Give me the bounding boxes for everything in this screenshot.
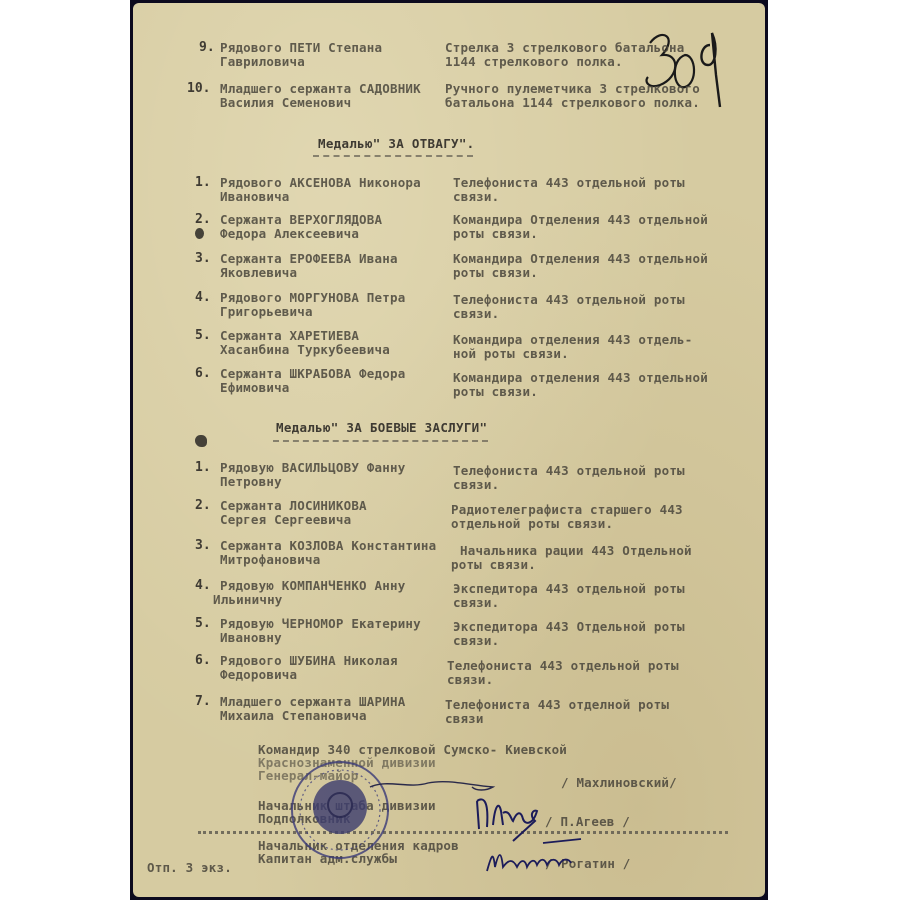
entry-name-line: Младшего сержанта ШАРИНА xyxy=(220,695,405,709)
entry-name-line: Хасанбина Туркубеевича xyxy=(220,343,390,357)
ink-blot xyxy=(195,228,204,239)
entry-name-line: Сержанта ЕРОФЕЕВА Ивана xyxy=(220,252,398,266)
personnel-name-slash: / xyxy=(545,857,553,871)
personnel-name: Рогатин / xyxy=(561,857,631,871)
entry-position-line: Командира отделения 443 отдель- xyxy=(453,333,693,347)
entry-position-line: связи. xyxy=(453,596,499,610)
entry-position-line: Командира отделения 443 отдельной xyxy=(453,371,708,385)
entry-position-line: Начальника рации 443 Отдельной xyxy=(460,544,692,558)
entry-number: 2. xyxy=(195,213,211,227)
entry-position-line: роты связи. xyxy=(453,385,538,399)
entry-name-line: Григорьевича xyxy=(220,305,313,319)
entry-number: 4. xyxy=(195,291,211,305)
entry-position-line: связи. xyxy=(453,307,499,321)
entry-number: 3. xyxy=(195,252,211,266)
entry-position-line: связи xyxy=(445,712,484,726)
entry-name-line: Гавриловича xyxy=(220,55,305,69)
entry-name-line: Рядовую КОМПАНЧЕНКО Анну xyxy=(220,579,405,593)
entry-position-line: батальона 1144 стрелкового полка. xyxy=(445,96,700,110)
entry-name-line: Сержанта ШКРАБОВА Федора xyxy=(220,367,405,381)
entry-name-line: Рядового АКСЕНОВА Никонора xyxy=(220,176,421,190)
entry-position-line: Телефониста 443 отдельной роты xyxy=(453,464,685,478)
entry-position-line: Радиотелеграфиста старшего 443 xyxy=(451,503,683,517)
entry-position-line: Командира Отделения 443 отдельной xyxy=(453,213,708,227)
entry-name-line: Рядового МОРГУНОВА Петра xyxy=(220,291,405,305)
entry-position-line: Стрелка 3 стрелкового батальона xyxy=(445,41,685,55)
entry-position-line: 1144 стрелкового полка. xyxy=(445,55,623,69)
entry-number: 4. xyxy=(195,579,211,593)
commander-title-line: Генерал-майор xyxy=(258,769,358,783)
entry-name-line: Василия Семенович xyxy=(220,96,351,110)
personnel-title-line: Капитан адм.службы xyxy=(258,852,397,866)
entry-name-line: Ильиничну xyxy=(213,593,283,607)
entry-name-line: Рядовую ЧЕРНОМОР Екатерину xyxy=(220,617,421,631)
dotted-separator xyxy=(198,831,728,834)
entry-name-line: Сержанта КОЗЛОВА Константина xyxy=(220,539,436,553)
entry-name-line: Сержанта ВЕРХОГЛЯДОВА xyxy=(220,213,382,227)
entry-position-line: Ручного пулеметчика 3 стрелкового xyxy=(445,82,700,96)
commander-signature xyxy=(368,775,498,795)
entry-name-line: Младшего сержанта САДОВНИК xyxy=(220,82,421,96)
chief-of-staff-name: / П.Агеев / xyxy=(545,815,630,829)
commander-name: / Махлиновский/ xyxy=(561,776,677,790)
entry-name-line: Рядового ШУБИНА Николая xyxy=(220,654,398,668)
copies-note: Отп. 3 экз. xyxy=(147,861,232,875)
heading-underline xyxy=(313,155,473,157)
entry-position-line: Телефониста 443 отдельной роты xyxy=(453,293,685,307)
entry-number: 10. xyxy=(187,82,210,96)
entry-position-line: роты связи. xyxy=(453,227,538,241)
entry-number: 9. xyxy=(199,41,215,55)
entry-position-line: ной роты связи. xyxy=(453,347,569,361)
entry-name-line: Сержанта ХАРЕТИЕВА xyxy=(220,329,359,343)
entry-position-line: роты связи. xyxy=(453,266,538,280)
entry-name-line: Рядового ПЕТИ Степана xyxy=(220,41,382,55)
entry-position-line: Телефониста 443 отдельной роты xyxy=(447,659,679,673)
entry-number: 7. xyxy=(195,695,211,709)
entry-name-line: Сержанта ЛОСИНИКОВА xyxy=(220,499,367,513)
entry-name-line: Ефимовича xyxy=(220,381,290,395)
entry-name-line: Петровну xyxy=(220,475,282,489)
entry-name-line: Ивановну xyxy=(220,631,282,645)
entry-position-line: Командира Отделения 443 отдельной xyxy=(453,252,708,266)
entry-number: 6. xyxy=(195,367,211,381)
entry-position-line: отдельной роты связи. xyxy=(451,517,613,531)
entry-number: 6. xyxy=(195,654,211,668)
entry-number: 3. xyxy=(195,539,211,553)
entry-name-line: Яковлевича xyxy=(220,266,297,280)
entry-position-line: связи. xyxy=(453,190,499,204)
entry-position-line: связи. xyxy=(453,634,499,648)
entry-name-line: Рядовую ВАСИЛЬЦОВУ Фанну xyxy=(220,461,405,475)
entry-position-line: связи. xyxy=(447,673,493,687)
entry-position-line: роты связи. xyxy=(451,558,536,572)
chief-of-staff-signature xyxy=(473,791,553,846)
entry-name-line: Ивановича xyxy=(220,190,290,204)
section-heading-bravery-medal: Медалью" ЗА ОТВАГУ". xyxy=(318,136,475,151)
section-heading-combat-service-medal: Медалью" ЗА БОЕВЫЕ ЗАСЛУГИ" xyxy=(276,420,487,435)
entry-name-line: Федора Алексеевича xyxy=(220,227,359,241)
entry-name-line: Федоровича xyxy=(220,668,297,682)
document-page: 9. Рядового ПЕТИ Степана Гавриловича Стр… xyxy=(133,3,765,897)
heading-underline xyxy=(273,440,488,442)
entry-name-line: Сергея Сергеевича xyxy=(220,513,351,527)
entry-number: 2. xyxy=(195,499,211,513)
entry-number: 5. xyxy=(195,329,211,343)
chief-of-staff-title-line: Подполковник xyxy=(258,812,351,826)
entry-name-line: Михаила Степановича xyxy=(220,709,367,723)
entry-position-line: Экспедитора 443 отдельной роты xyxy=(453,582,685,596)
ink-blot xyxy=(195,435,207,447)
entry-position-line: Экспедитора 443 Отдельной роты xyxy=(453,620,685,634)
entry-position-line: связи. xyxy=(453,478,499,492)
entry-position-line: Телефониста 443 отдельной роты xyxy=(453,176,685,190)
entry-position-line: Телефониста 443 отделной роты xyxy=(445,698,669,712)
entry-number: 1. xyxy=(195,176,211,190)
entry-name-line: Митрофановича xyxy=(220,553,320,567)
entry-number: 1. xyxy=(195,461,211,475)
entry-number: 5. xyxy=(195,617,211,631)
